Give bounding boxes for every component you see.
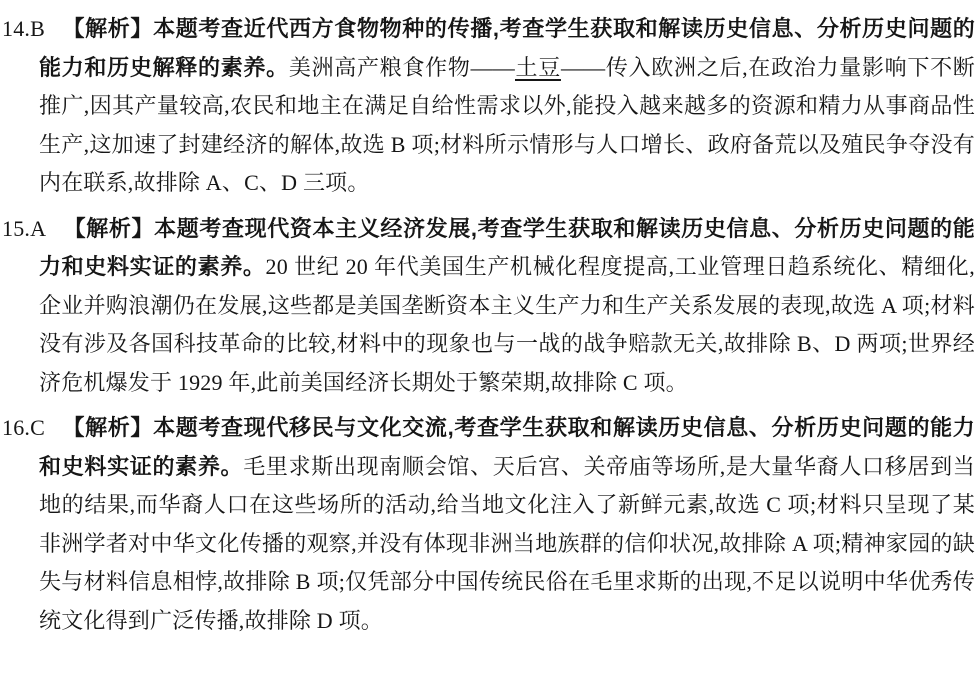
answer-number: 16.C	[2, 415, 45, 440]
answer-number: 14.B	[2, 16, 45, 41]
answer-item-16: 16.C【解析】本题考查现代移民与文化交流,考查学生获取和解读历史信息、分析历史…	[2, 409, 975, 640]
underlined-term: 土豆	[515, 55, 561, 80]
answer-number: 15.A	[2, 216, 46, 241]
answer-item-14: 14.B【解析】本题考查近代西方食物物种的传播,考查学生获取和解读历史信息、分析…	[2, 10, 975, 203]
analysis-body: 毛里求斯出现南顺会馆、天后宫、关帝庙等场所,是大量华裔人口移居到当地的结果,而华…	[39, 454, 975, 633]
analysis-body-pre: 美洲高产粮食作物——	[289, 55, 515, 80]
answer-explanation-document: 14.B【解析】本题考查近代西方食物物种的传播,考查学生获取和解读历史信息、分析…	[2, 10, 975, 640]
answer-item-15: 15.A【解析】本题考查现代资本主义经济发展,考查学生获取和解读历史信息、分析历…	[2, 210, 975, 403]
